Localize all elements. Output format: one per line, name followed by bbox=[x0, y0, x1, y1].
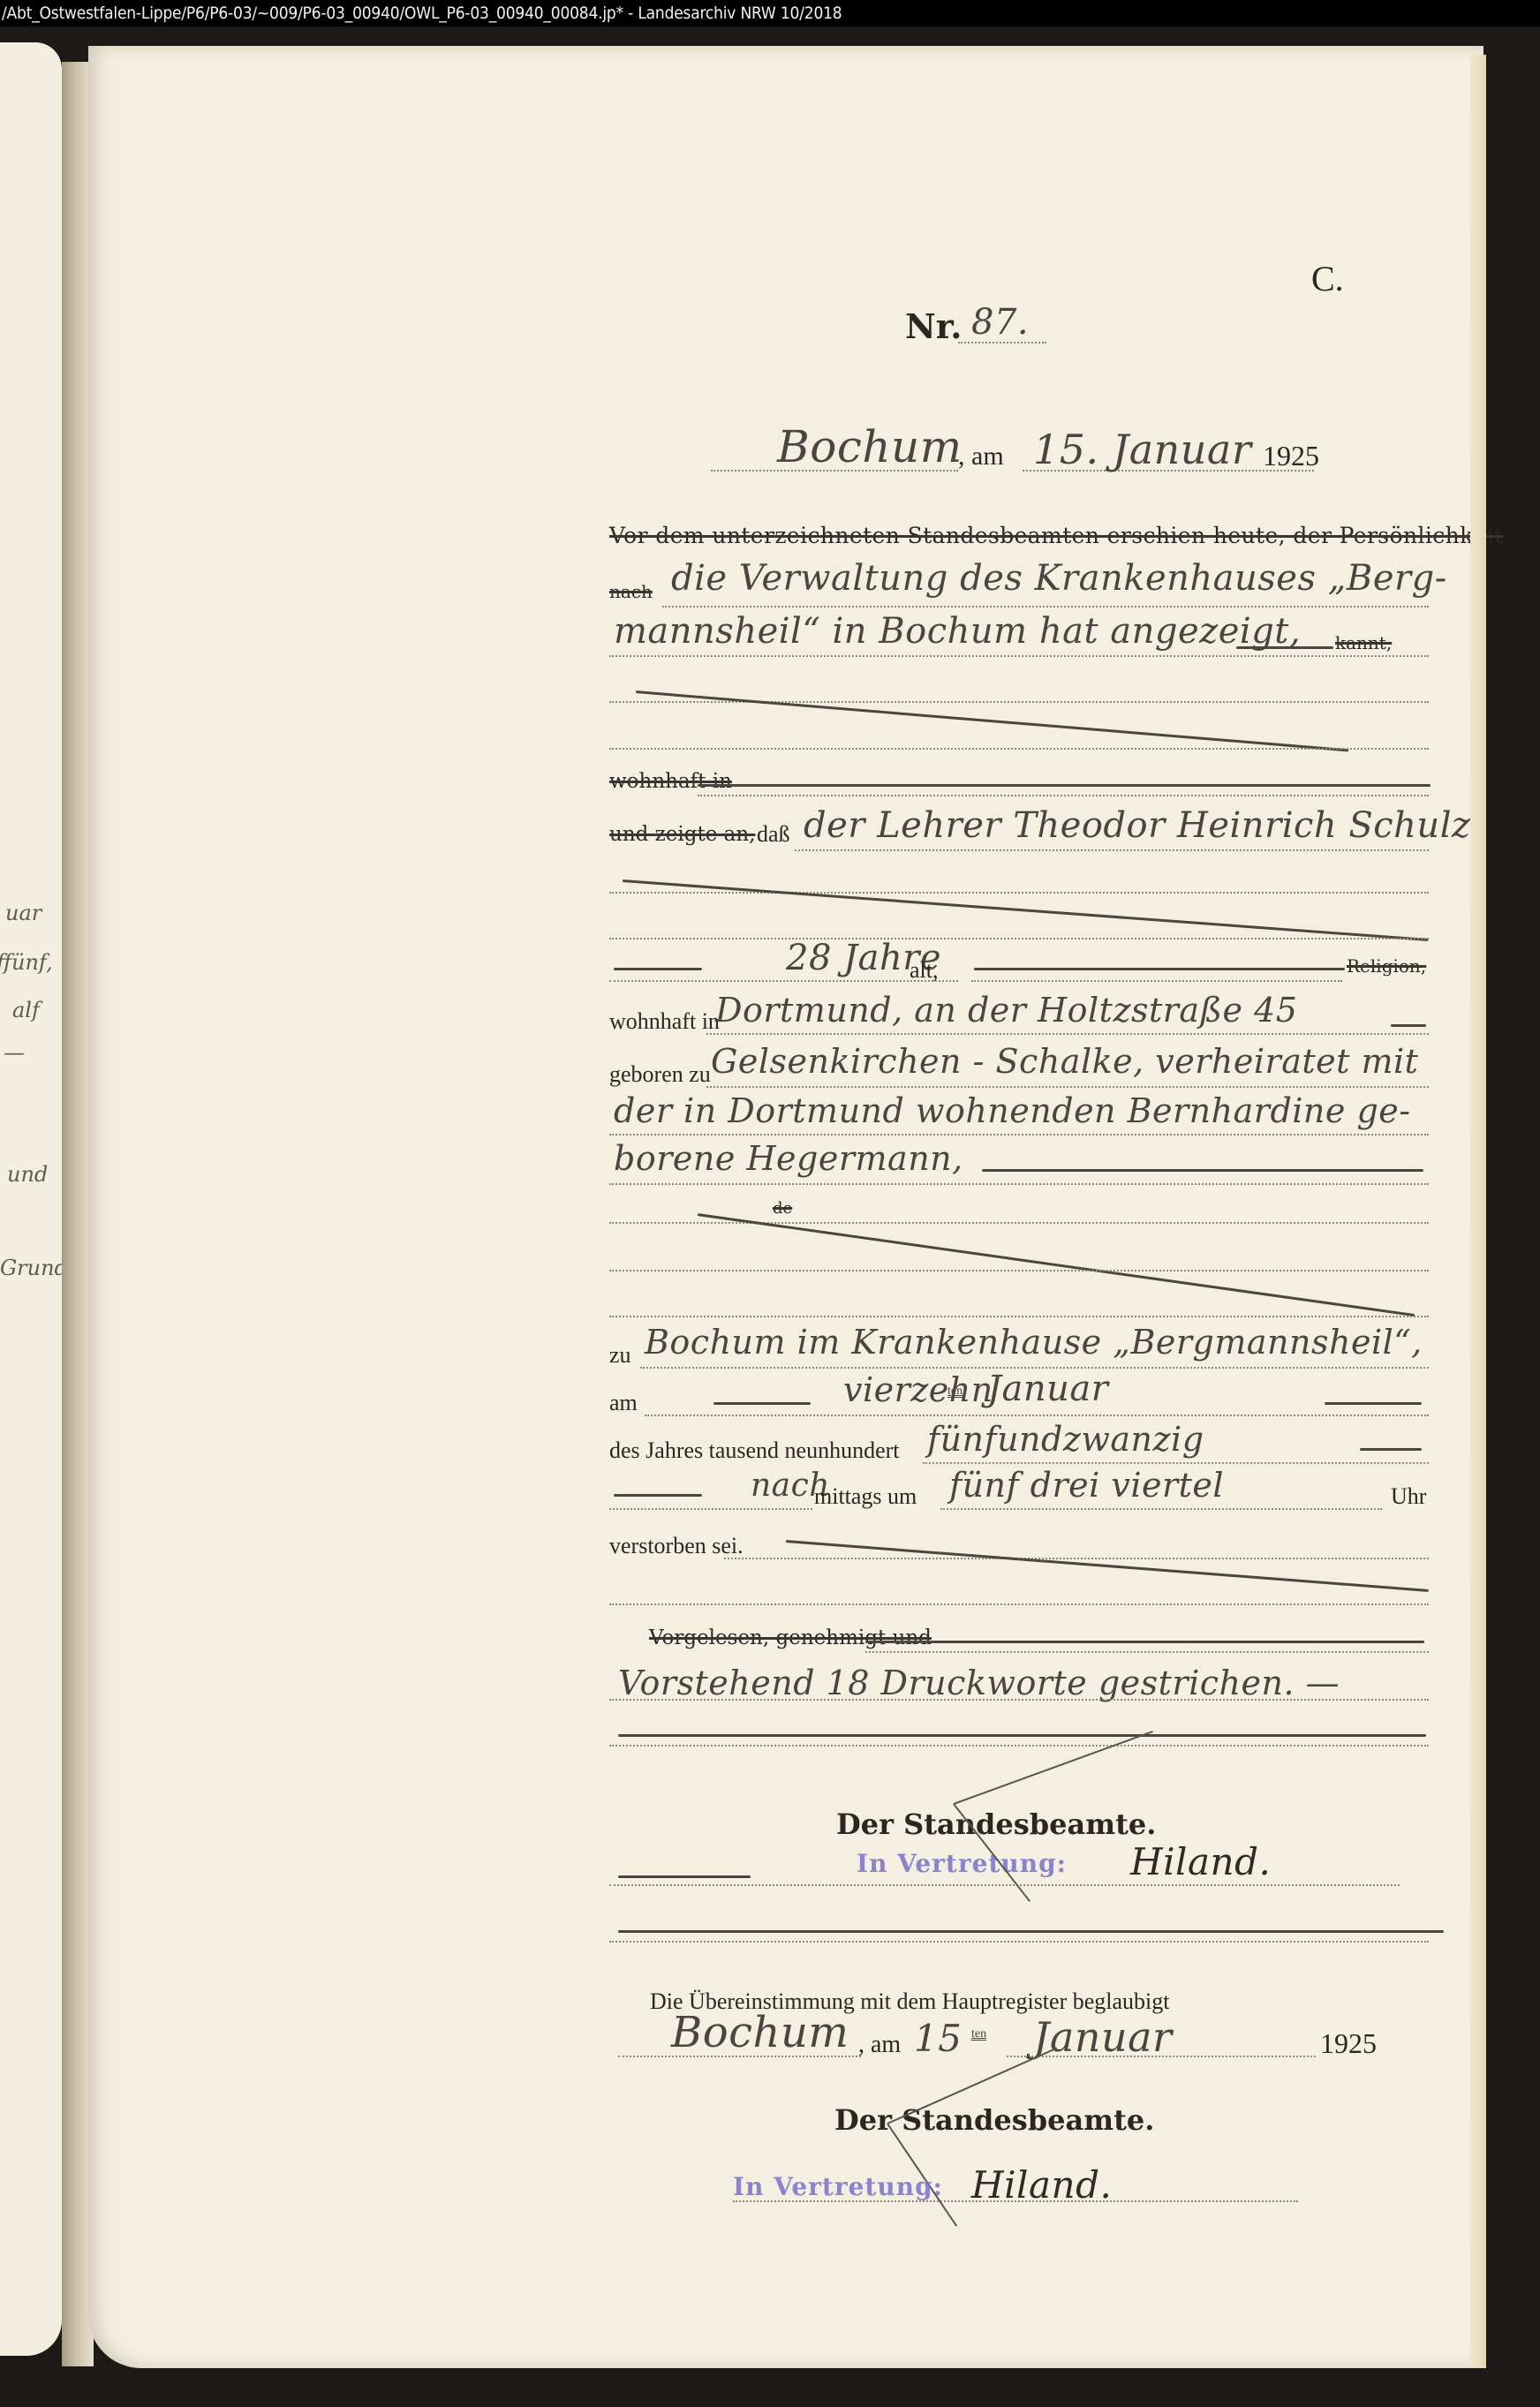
section-letter: C. bbox=[1311, 258, 1344, 299]
margin-note: alf bbox=[12, 998, 40, 1022]
kannt-struck: kannt, bbox=[1335, 632, 1392, 653]
preamble-struck: Vor dem unterzeichneten Standesbeamten e… bbox=[609, 523, 1504, 548]
geboren-label: geboren zu bbox=[609, 1061, 711, 1088]
margin-note: — bbox=[4, 1040, 25, 1065]
deceased-name: der Lehrer Theodor Heinrich Schulz, bbox=[804, 805, 1483, 846]
stamp-in-vertretung: In Vertretung: bbox=[857, 1849, 1067, 1878]
note-value: Vorstehend 18 Druckworte gestrichen. — bbox=[618, 1664, 1340, 1702]
page-stack-edge bbox=[1470, 55, 1486, 2368]
verstorben-label: verstorben sei. bbox=[609, 1533, 744, 1559]
am-label-2: am bbox=[609, 1390, 638, 1416]
death-month-value: Januar bbox=[987, 1369, 1108, 1409]
time-value: fünf drei viertel bbox=[949, 1466, 1224, 1505]
window-title-bar: /Abt_Ostwestfalen-Lippe/P6/P6-03/~009/P6… bbox=[0, 0, 1540, 26]
registration-year: 1925 bbox=[1263, 440, 1319, 472]
residence-value: Dortmund, an der Holtzstraße 45 bbox=[715, 991, 1297, 1030]
certification-year: 1925 bbox=[1320, 2027, 1377, 2060]
am-label: , am bbox=[958, 441, 1004, 472]
und-zeigte-an-struck: und zeigte an, bbox=[609, 823, 755, 846]
nach-struck: nach bbox=[609, 581, 653, 602]
zu-label: zu bbox=[609, 1342, 631, 1369]
left-page: uar ffünf, alf — und Grund bbox=[0, 42, 62, 2356]
register-page: C. Nr. 87. Bochum , am 15. Januar 1925 V… bbox=[88, 46, 1483, 2368]
registration-date: 15. Januar bbox=[1033, 426, 1251, 473]
window-title: /Abt_Ostwestfalen-Lippe/P6/P6-03/~009/P6… bbox=[2, 4, 842, 23]
certification-registrar-label: Der Standesbeamte. bbox=[834, 2103, 1154, 2137]
ten-suffix: ten bbox=[947, 1385, 962, 1399]
uhr-label: Uhr bbox=[1391, 1483, 1426, 1510]
year-prefix-label: des Jahres tausend neunhundert bbox=[609, 1437, 900, 1464]
margin-note: Grund bbox=[0, 1256, 68, 1280]
death-day-value: vierzehn bbox=[843, 1370, 993, 1409]
death-year-value: fünfundzwanzig bbox=[927, 1420, 1204, 1459]
vorgelesen-struck: Vorgelesen, genehmigt und bbox=[649, 1626, 932, 1649]
margin-note: und bbox=[7, 1162, 48, 1187]
certification-stamp-in-vertretung: In Vertretung: bbox=[733, 2172, 943, 2201]
number-label: Nr. bbox=[905, 306, 962, 346]
religion-struck: Religion, bbox=[1347, 955, 1426, 977]
spouse-line-2: borene Hegermann, bbox=[614, 1139, 963, 1178]
registrar-signature: Hiland. bbox=[1130, 1840, 1271, 1883]
certification-day: 15 bbox=[914, 2017, 962, 2060]
birthplace-value: Gelsenkirchen - Schalke, verheiratet mit bbox=[711, 1042, 1418, 1081]
registrar-label: Der Standesbeamte. bbox=[836, 1807, 1156, 1841]
wohnhaft-label: wohnhaft in bbox=[609, 1008, 720, 1035]
record-number: 87. bbox=[971, 302, 1029, 343]
certification-month: Januar bbox=[1033, 2013, 1173, 2061]
registration-place: Bochum bbox=[777, 421, 962, 472]
dass-label: daß bbox=[757, 821, 790, 848]
alt-label: alt, bbox=[910, 957, 939, 984]
informant-line-1: die Verwaltung des Krankenhauses „Berg- bbox=[671, 558, 1447, 599]
certification-ten-suffix: ten bbox=[971, 2027, 986, 2041]
margin-note: uar bbox=[5, 901, 42, 925]
margin-note: ffünf, bbox=[0, 950, 53, 975]
death-place-value: Bochum im Krankenhause „Bergmannsheil“, bbox=[645, 1323, 1423, 1362]
wohnhaft-in-struck: wohnhaft in bbox=[609, 770, 732, 793]
certification-am-label: , am bbox=[858, 2031, 901, 2059]
spouse-line-1: der in Dortmund wohnenden Bernhardine ge… bbox=[614, 1091, 1411, 1130]
de-struck: de bbox=[773, 1199, 792, 1218]
informant-line-2: mannsheil“ in Bochum hat angezeigt, bbox=[614, 611, 1301, 652]
certification-place: Bochum bbox=[671, 2008, 849, 2057]
mittags-um-label: mittags um bbox=[814, 1483, 917, 1510]
